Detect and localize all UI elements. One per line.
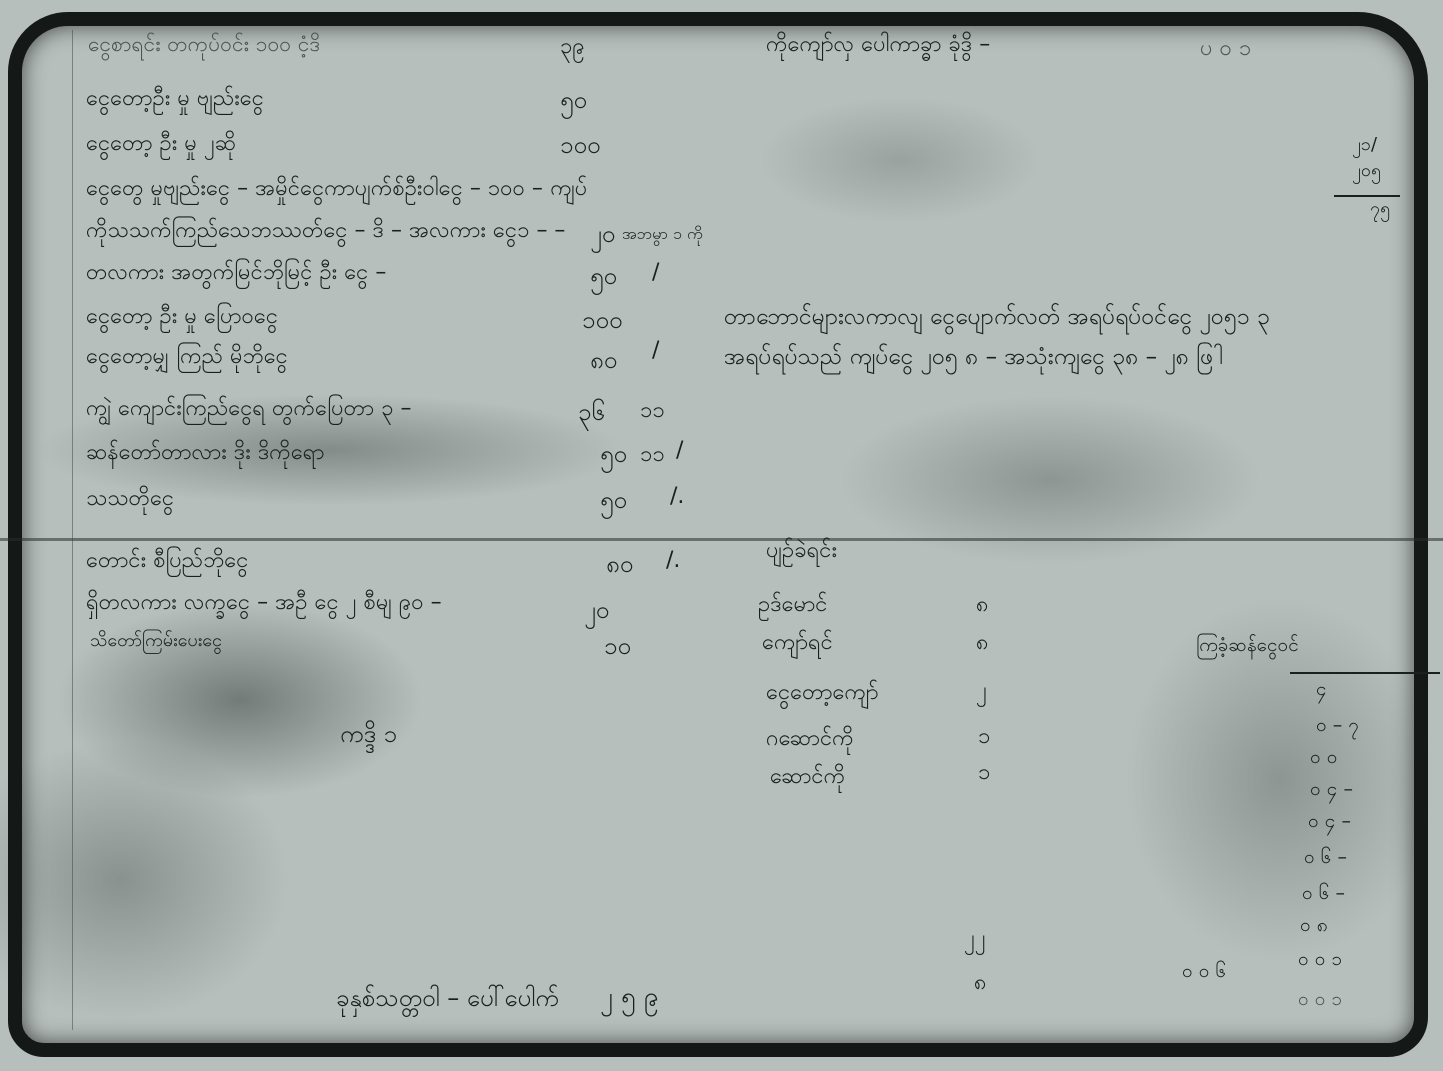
name-list-value: ၈ [976, 632, 989, 654]
ledger-bottom-note: ကဒ္ဒိ ၁ [340, 722, 397, 746]
right-column-row: ၀ ၀ ၁ [1298, 950, 1342, 969]
ledger-row-mark: / [676, 440, 683, 462]
ledger-row-amount: ၁၀၀ [560, 133, 601, 157]
ledger-row-amount: ၈၀ [590, 348, 617, 372]
ledger-row-amount: ၈၀ [606, 552, 633, 576]
name-list-item: ကျော်ရင် [762, 632, 833, 654]
ledger-row-text: တလကား အတွက်မြင်ဘိုမြင့် ဦး ငွေ – [86, 262, 386, 284]
ledger-row-amount: ၁၀၀ [582, 308, 623, 332]
header-left-amount: ၃၉ [560, 36, 585, 58]
ledger-row-amount: ၃၆ [578, 400, 605, 424]
header-right-text: ကိုကျော်လှ ပေါကာခ္ဓာ ခုံဒွိ – [766, 34, 990, 56]
right-column-heading: ကြခံ့ဆန်ငွေဝင် [1196, 636, 1299, 655]
ledger-row-amount: ၂၀ [584, 598, 609, 622]
ledger-row-amount: ၅၀ [600, 442, 627, 466]
ledger-row-text: ရှိတလကား လက္ခငွေ – အဦ ငွေ ၂ စီမျ ၉၀ – [86, 592, 442, 614]
right-column-row: ၀ ၀ ၁ [1298, 990, 1342, 1009]
fold-crease [0, 538, 1443, 541]
name-list-heading: ပျဉ်ခဲရင်း [766, 540, 837, 562]
ledger-row-mark: /. [670, 486, 684, 508]
ledger-row-text: ငွေတော့ဦး မှု ဗျည်းငွေ [86, 88, 264, 110]
right-column-row: ၀ ၆ – [1302, 884, 1345, 903]
ledger-row-text: ဆန်တော်တာလား ဒိုး ဒိကိုရော [86, 442, 324, 464]
right-column-row: ၀ ၈ [1300, 916, 1328, 935]
ledger-row-mark: / [652, 262, 659, 284]
ledger-row-text: ကျွဲ ကျောင်းကြည်ငွေရ တွက်ပြေတာ ၃ – [86, 398, 411, 420]
name-list-item: ငွေတော့ကျော် [766, 682, 879, 704]
right-column-extra: ၀ ၀ ၆ [1182, 962, 1226, 981]
ledger-row-text: တောင်း စီပြည်ဘိုငွေ [86, 550, 248, 572]
ledger-row-note: ၁၁ [640, 400, 665, 422]
name-list-subtotal-b: ၈ [974, 972, 987, 994]
name-list-item: ဥဒ်မောင် [758, 594, 827, 616]
ledger-row-note: ၁၁ [640, 444, 665, 466]
ledger-row-mark: /. [666, 550, 680, 572]
sum-line-a: ၂၁/ [1352, 136, 1377, 154]
ledger-row-amount: ၂၀ [590, 222, 615, 246]
ledger-row-text: ငွေတော့ ဦး မှု ၂ဆို [86, 133, 236, 155]
ledger-row-text: သသတိုငွေ [86, 488, 174, 510]
right-column-row: ၀ ၀ [1310, 748, 1337, 767]
ledger-row-amount: ၅၀ [560, 88, 587, 112]
manuscript-scan: ငွေစာရင်း တကုပ်ဝင်း ၁၀၀ ငံ့ဒိ ၃၉ ကိုကျော… [0, 0, 1443, 1071]
name-list-value: ၂ [976, 680, 987, 702]
ledger-row-text: ငွေတော့ ဦး မှု ပြောဝငွေ [86, 306, 278, 328]
name-list-item: ဆောင်ကို [770, 766, 845, 788]
ledger-row-text: သိတော်ကြမ်းပေးငွေ [90, 632, 222, 650]
sum-total: ၇၅ [1370, 200, 1390, 218]
right-column-rule [1290, 672, 1440, 674]
ledger-row-text: ငွေတွေ မှုဗျည်းငွေ – အမှိုင်ငွေကာပျက်စ်ဦ… [86, 178, 587, 200]
name-list-subtotal-a: ၂၂ [964, 928, 986, 950]
right-column-row: ၄ [1316, 680, 1327, 699]
header-left-text: ငွေစာရင်း တကုပ်ဝင်း ၁၀၀ ငံ့ဒိ [88, 34, 320, 55]
ledger-row-text: ငွေတော့မျှ ကြည် မိုဘိုငွေ [86, 346, 288, 368]
summary-line-2: အရပ်ရပ်သည် ကျပ်ငွေ ၂၀၅ ၈ – အသုံးကျငွေ ၃၈… [724, 346, 1223, 369]
name-list-value: ၈ [976, 594, 989, 616]
right-column-row: ၀ ၆ – [1304, 848, 1347, 867]
ledger-row-note: အဘမွာ ၁ ကို [622, 226, 703, 242]
ledger-row-amount: ၁၀ [604, 634, 631, 658]
ledger-row-amount: ၅၀ [600, 488, 627, 512]
sum-rule [1334, 195, 1400, 197]
right-column-row: ၀ ၄ – [1308, 812, 1351, 831]
name-list-value: ၁ [978, 726, 990, 748]
summary-line-1: တာဘောင်များလကာလျ ငွေပျောက်လတ် အရပ်ရပ်ဝင်… [724, 306, 1270, 329]
ledger-row-mark: / [652, 340, 659, 362]
footer-text: ခုနှစ်သတ္တဝါ – ပေါ်ပေါက် [336, 986, 559, 1010]
name-list-item: ဂဆောင်ကို [766, 728, 854, 750]
footer-amount: ၂ ၅ ၉ [600, 984, 659, 1010]
paper-sheet-border [8, 12, 1428, 1057]
sum-line-b: ၂၀၅ [1352, 162, 1381, 180]
ledger-row-text: ကိုသသက်ကြည်သေဘဿတ်ငွေ – ဒိ – အလကား ငွေ၁ –… [86, 220, 565, 242]
left-margin-rule [72, 30, 73, 1030]
header-right-marks: ပ ၀ ၁ [1200, 38, 1251, 60]
name-list-value: ၁ [978, 762, 990, 784]
right-column-row: ၀ – ၇ [1316, 716, 1359, 735]
ledger-row-amount: ၅၀ [590, 264, 617, 288]
right-column-row: ၀ ၄ – [1310, 780, 1353, 799]
